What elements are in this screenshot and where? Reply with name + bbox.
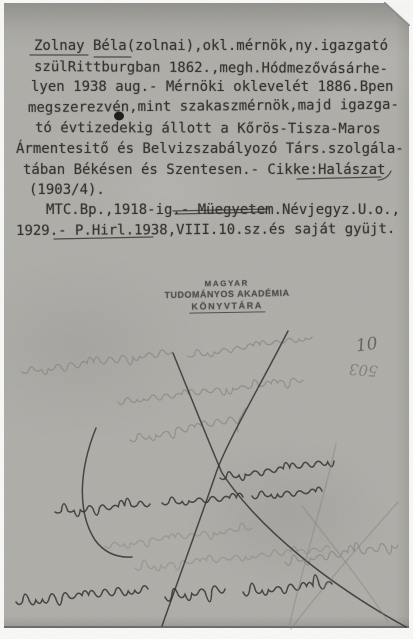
scanned-catalog-card: Zolnay Béla(zolnai),okl.mérnök,ny.igazga… bbox=[0, 0, 413, 639]
typed-line: (1903/4). bbox=[29, 180, 409, 201]
typed-line: MTC.Bp.,1918-ig.- Müegyetem.Névjegyz.U.o… bbox=[46, 200, 409, 221]
handwritten-number: 10 bbox=[355, 334, 379, 357]
typed-line: Zolnay Béla(zolnai),okl.mérnök,ny.igazga… bbox=[34, 36, 409, 57]
typed-line: Ármentesitő és Belvizszabályozó Társ.szo… bbox=[16, 139, 409, 160]
references-paragraph: MTC.Bp.,1918-ig.- Müegyetem.Névjegyz.U.o… bbox=[4, 200, 409, 241]
typed-line: tában Békésen és Szentesen.- Cikke:Halás… bbox=[23, 160, 409, 181]
stamp-line: KÖNYVTÁRA bbox=[134, 299, 320, 312]
folded-corner bbox=[384, 2, 410, 26]
typed-line: megszerezvén,mint szakaszmérnök,majd iga… bbox=[28, 94, 409, 118]
typed-line: tó évtizedekig állott a Kőrös-Tisza-Maro… bbox=[35, 118, 409, 140]
stamp-line: TUDOMÁNYOS AKADÉMIA bbox=[134, 287, 320, 300]
biography-paragraph: Zolnay Béla(zolnai),okl.mérnök,ny.igazga… bbox=[4, 36, 409, 201]
card-paper: Zolnay Béla(zolnai),okl.mérnök,ny.igazga… bbox=[4, 3, 409, 628]
typed-line: szülRittburgban 1862.,megh.Hódmezővásárh… bbox=[34, 57, 409, 80]
library-stamp: MAGYAR TUDOMÁNYOS AKADÉMIA KÖNYVTÁRA bbox=[134, 277, 321, 312]
handwritten-number-inverted: 503 bbox=[348, 360, 378, 380]
typed-line: 1929.- P.Hirl.1938,VIII.10.sz.és saját g… bbox=[16, 219, 409, 242]
